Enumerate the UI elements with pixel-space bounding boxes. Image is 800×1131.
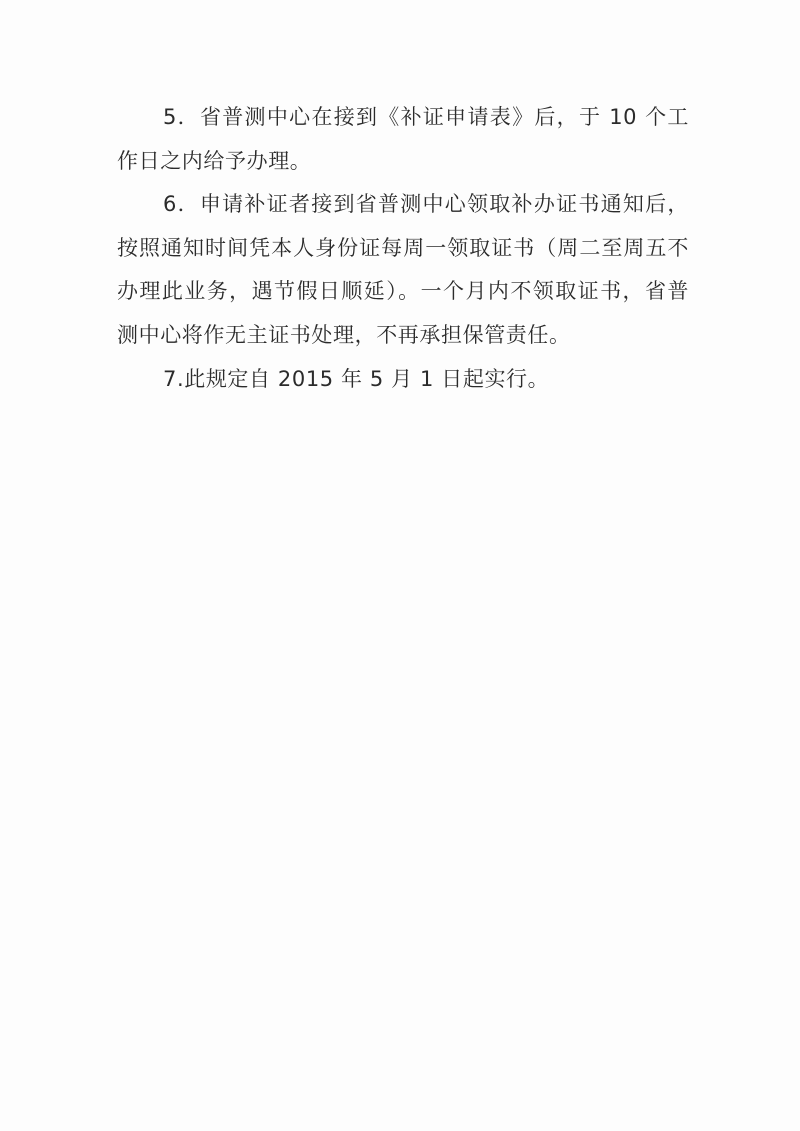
paragraph-item-7: 7.此规定自 2015 年 5 月 1 日起实行。 — [117, 358, 689, 402]
document-page: 5．省普测中心在接到《补证申请表》后，于 10 个工作日之内给予办理。 6．申请… — [0, 0, 800, 1131]
paragraph-item-5: 5．省普测中心在接到《补证申请表》后，于 10 个工作日之内给予办理。 — [117, 96, 689, 183]
document-body: 5．省普测中心在接到《补证申请表》后，于 10 个工作日之内给予办理。 6．申请… — [117, 96, 689, 401]
paragraph-item-6: 6．申请补证者接到省普测中心领取补办证书通知后，按照通知时间凭本人身份证每周一领… — [117, 183, 689, 357]
